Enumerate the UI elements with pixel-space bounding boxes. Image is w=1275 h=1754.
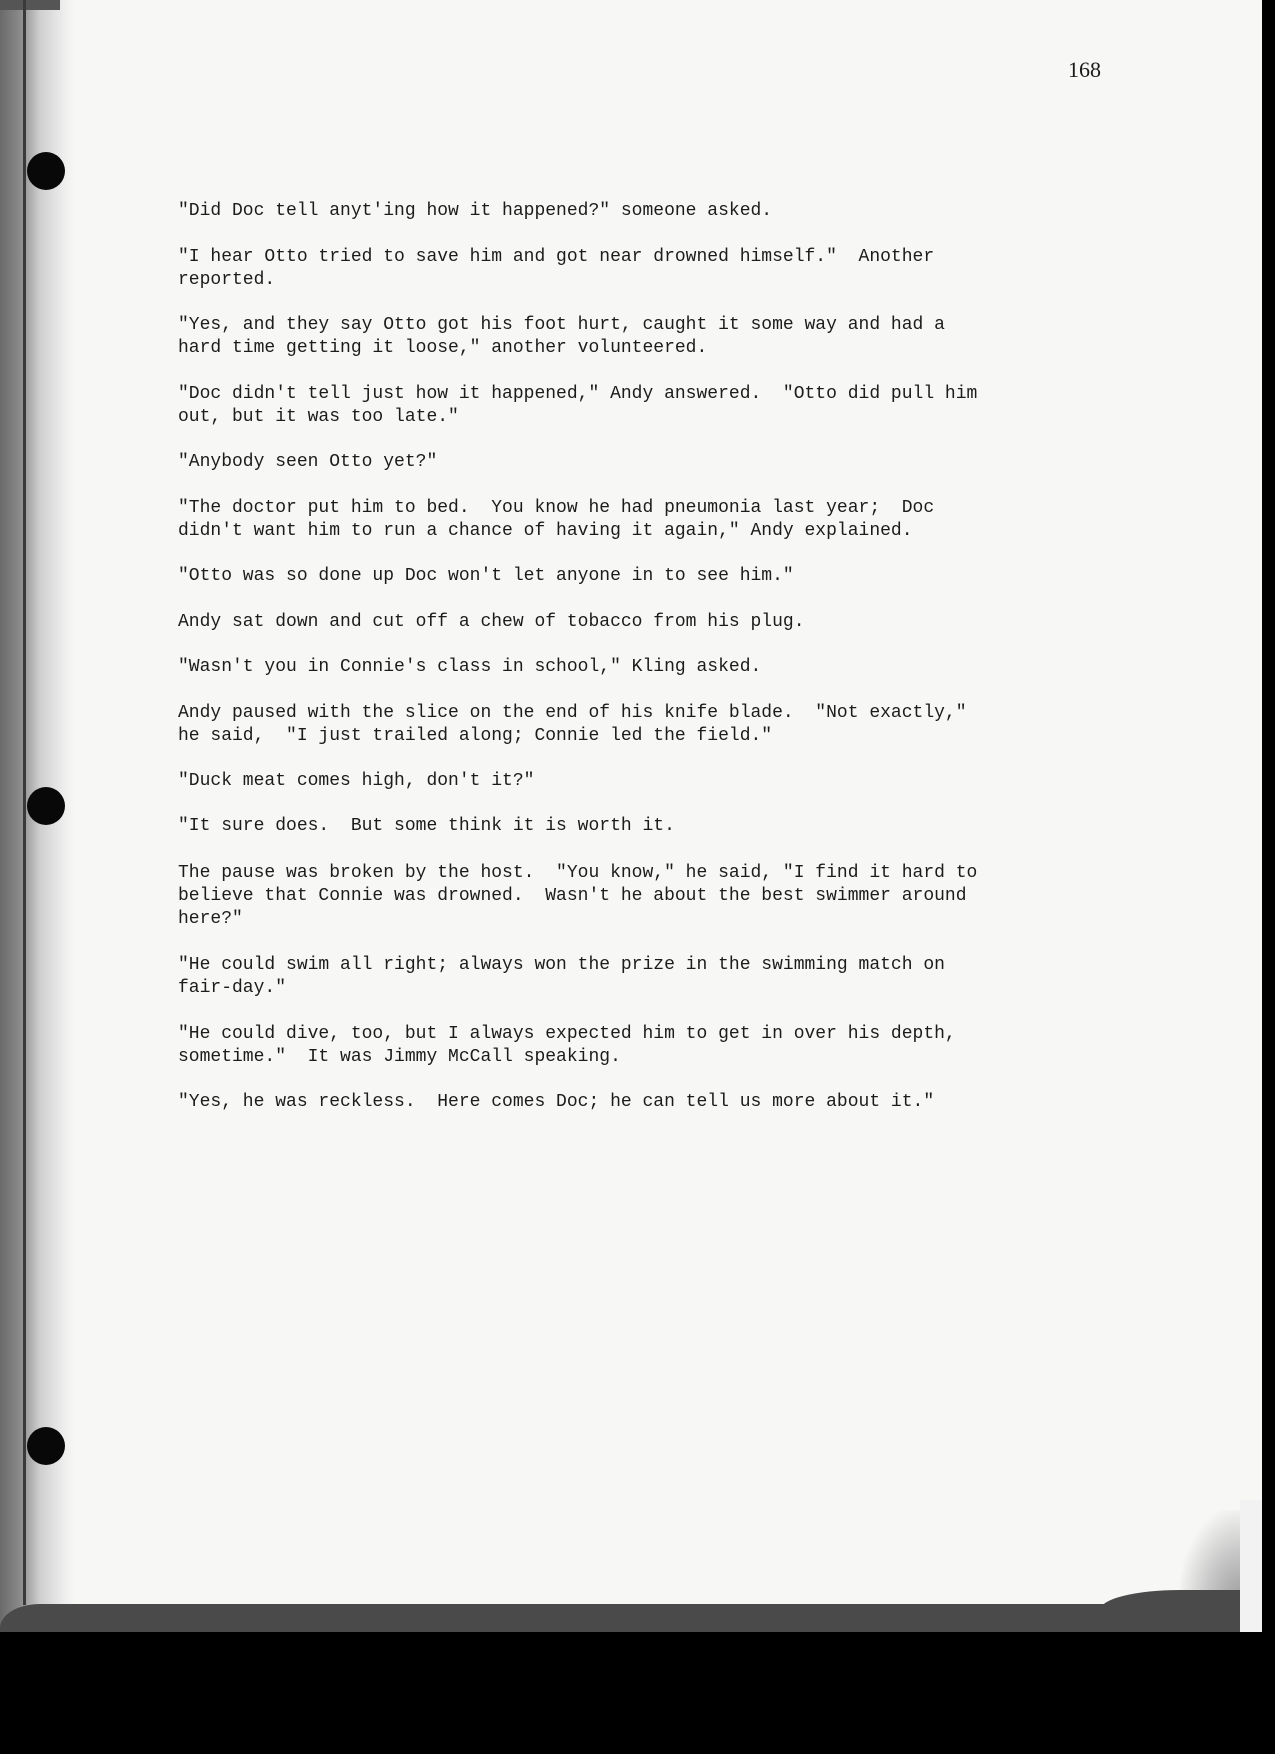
text-line: "I hear Otto tried to save him and got n… xyxy=(178,246,934,269)
paragraph: "It sure does. But some think it is wort… xyxy=(178,815,675,838)
bottom-scan-band-right xyxy=(1100,1590,1240,1632)
text-line: "The doctor put him to bed. You know he … xyxy=(178,497,934,520)
paragraph: "I hear Otto tried to save him and got n… xyxy=(178,246,934,292)
text-line: didn't want him to run a chance of havin… xyxy=(178,520,934,543)
text-line: hard time getting it loose," another vol… xyxy=(178,337,945,360)
paragraph: "The doctor put him to bed. You know he … xyxy=(178,497,934,543)
page-edge-strip xyxy=(1240,1500,1262,1632)
paragraph: "Yes, he was reckless. Here comes Doc; h… xyxy=(178,1091,934,1114)
text-line: "Did Doc tell anyt'ing how it happened?"… xyxy=(178,200,772,223)
text-line: reported. xyxy=(178,269,934,292)
text-line: "He could dive, too, but I always expect… xyxy=(178,1023,956,1046)
text-line: "Anybody seen Otto yet?" xyxy=(178,451,437,474)
text-line: believe that Connie was drowned. Wasn't … xyxy=(178,885,977,908)
text-line: "Yes, and they say Otto got his foot hur… xyxy=(178,314,945,337)
page-edge-line xyxy=(23,0,26,1605)
text-line: "Yes, he was reckless. Here comes Doc; h… xyxy=(178,1091,934,1114)
paragraph: "Yes, and they say Otto got his foot hur… xyxy=(178,314,945,360)
paragraph: "Anybody seen Otto yet?" xyxy=(178,451,437,474)
text-line: out, but it was too late." xyxy=(178,406,977,429)
text-line: "Duck meat comes high, don't it?" xyxy=(178,770,534,793)
text-line: here?" xyxy=(178,908,977,931)
text-line: sometime." It was Jimmy McCall speaking. xyxy=(178,1046,956,1069)
paragraph: "Wasn't you in Connie's class in school,… xyxy=(178,656,761,679)
text-line: Andy sat down and cut off a chew of toba… xyxy=(178,611,805,634)
text-line: "Otto was so done up Doc won't let anyon… xyxy=(178,565,794,588)
text-line: The pause was broken by the host. "You k… xyxy=(178,862,977,885)
punch-hole xyxy=(27,1427,65,1465)
text-line: fair-day." xyxy=(178,977,945,1000)
paragraph: The pause was broken by the host. "You k… xyxy=(178,862,977,931)
text-line: he said, "I just trailed along; Connie l… xyxy=(178,725,967,748)
scan-shadow xyxy=(0,0,60,10)
paragraph: "He could swim all right; always won the… xyxy=(178,954,945,1000)
punch-hole xyxy=(27,787,65,825)
paragraph: "Duck meat comes high, don't it?" xyxy=(178,770,534,793)
paragraph: "Did Doc tell anyt'ing how it happened?"… xyxy=(178,200,772,223)
text-line: "He could swim all right; always won the… xyxy=(178,954,945,977)
page-number: 168 xyxy=(1068,57,1101,83)
paragraph: Andy paused with the slice on the end of… xyxy=(178,702,967,748)
paragraph: "He could dive, too, but I always expect… xyxy=(178,1023,956,1069)
paragraph: Andy sat down and cut off a chew of toba… xyxy=(178,611,805,634)
bottom-scan-band xyxy=(0,1604,1240,1632)
paragraph: "Doc didn't tell just how it happened," … xyxy=(178,383,977,429)
scanned-page: 168 "Did Doc tell anyt'ing how it happen… xyxy=(0,0,1262,1632)
text-line: "Doc didn't tell just how it happened," … xyxy=(178,383,977,406)
text-line: "Wasn't you in Connie's class in school,… xyxy=(178,656,761,679)
text-line: "It sure does. But some think it is wort… xyxy=(178,815,675,838)
punch-hole xyxy=(27,152,65,190)
paragraph: "Otto was so done up Doc won't let anyon… xyxy=(178,565,794,588)
text-line: Andy paused with the slice on the end of… xyxy=(178,702,967,725)
